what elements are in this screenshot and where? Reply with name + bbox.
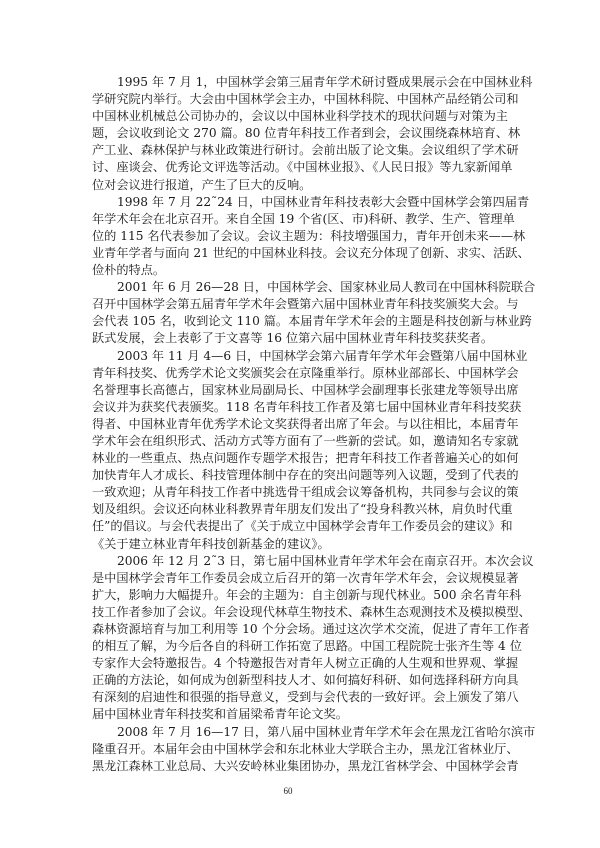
text-line: 业青年学者与面向 21 世纪的中国林业科技。会议充分体现了创新、求实、活跃、 [92,245,508,262]
text-line: 召开中国林学会第五届青年学术年会暨第六届中国林业青年科技奖颁奖大会。与 [92,296,508,313]
text-line: 是中国林学会青年工作委员会成立后召开的第一次青年学术年会，会议规模显著 [92,570,508,587]
text-line: 题，会议收到论文 270 篇。80 位青年科技工作者到会，会议围绕森林培育、林 [92,125,508,142]
text-line: 的相互了解，为今后各自的科研工作拓宽了思路。中国工程院院士张齐生等 4 位 [92,638,508,655]
text-line: 会议并为获奖代表颁奖。118 名青年科技工作者及第七届中国林业青年科技奖获 [92,399,508,416]
text-line: 名誉理事长高德占，国家林业局副局长、中国林学会副理事长张建龙等领导出席 [92,382,508,399]
text-line: 技工作者参加了会议。年会设现代林草生物技术、森林生态观测技术及模拟模型、 [92,604,508,621]
text-line: 中国林业机械总公司协办的，会议以中国林业科学技术的现状问题与对策为主 [92,108,508,125]
text-line: 产工业、森林保护与林业政策进行研讨。会前出版了论文集。会议组织了学术研 [92,142,508,159]
paragraph: 2001 年 6 月 26—28 日，中国林学会、国家林业局人教司在中国林科院联… [92,279,508,347]
text-line: 2001 年 6 月 26—28 日，中国林学会、国家林业局人教司在中国林科院联… [92,279,508,296]
text-line: 《关于建立林业青年科技创新基金的建议》。 [92,536,508,553]
text-line: 林业的一些重点、热点问题作专题学术报告；把青年科技工作者普遍关心的如何 [92,450,508,467]
text-line: 俭朴的特点。 [92,262,508,279]
text-line: 年学术年会在北京召开。来自全国 19 个省(区、市)科研、教学、生产、管理单 [92,211,508,228]
paragraph: 2003 年 11 月 4—6 日，中国林学会第六届青年学术年会暨第八届中国林业… [92,348,508,553]
text-line: 森林资源培育与加工利用等 10 个分会场。通过这次学术交流，促进了青年工作者 [92,621,508,638]
text-line: 届中国林业青年科技奖和首届梁希青年论文奖。 [92,706,508,723]
text-line: 划及组织。会议还向林业科教界青年朋友们发出了“投身科教兴林，肩负时代重 [92,501,508,518]
text-line: 2006 年 12 月 2˜3 日，第七届中国林业青年学术年会在南京召开。本次会… [92,553,508,570]
text-line: 得者、中国林业青年优秀学术论文奖获得者出席了年会。与以往相比，本届青年 [92,416,508,433]
document-page: 1995 年 7 月 1，中国林学会第三届青年学术研讨暨成果展示会在中国林业科学… [0,0,600,848]
text-line: 讨、座谈会、优秀论文评选等活动。《中国林业报》、《人民日报》等九家新闻单 [92,159,508,176]
text-line: 有深刻的启迪性和很强的指导意义，受到与会代表的一致好评。会上颁发了第八 [92,689,508,706]
text-line: 1995 年 7 月 1，中国林学会第三届青年学术研讨暨成果展示会在中国林业科 [92,74,508,91]
text-line: 青年科技奖、优秀学术论文奖颁奖会在京隆重举行。原林业部部长、中国林学会 [92,365,508,382]
text-line: 跃式发展，会上表彰了于文喜等 16 位第六届中国林业青年科技奖获奖者。 [92,330,508,347]
text-line: 位对会议进行报道，产生了巨大的反响。 [92,177,508,194]
text-line: 学研究院内举行。大会由中国林学会主办，中国林科院、中国林产品经销公司和 [92,91,508,108]
page-number: 60 [0,786,576,796]
paragraph: 2006 年 12 月 2˜3 日，第七届中国林业青年学术年会在南京召开。本次会… [92,553,508,724]
text-line: 2008 年 7 月 16—17 日，第八届中国林业青年学术年会在黑龙江省哈尔滨… [92,724,508,741]
paragraph: 1995 年 7 月 1，中国林学会第三届青年学术研讨暨成果展示会在中国林业科学… [92,74,508,194]
text-line: 会代表 105 名，收到论文 110 篇。本届青年学术年会的主题是科技创新与林业… [92,313,508,330]
text-line: 2003 年 11 月 4—6 日，中国林学会第六届青年学术年会暨第八届中国林业 [92,348,508,365]
text-line: 黑龙江森林工业总局、大兴安岭林业集团协办，黑龙江省林学会、中国林学会青 [92,758,508,775]
text-line: 位的 115 名代表参加了会议。会议主题为：科技增强国力，青年开创未来——林 [92,228,508,245]
paragraph: 1998 年 7 月 22˜24 日，中国林业青年科技表彰大会暨中国林学会第四届… [92,194,508,279]
text-line: 学术年会在组织形式、活动方式等方面有了一些新的尝试。如，邀请知名专家就 [92,433,508,450]
text-line: 扩大，影响力大幅提升。年会的主题为：自主创新与现代林业。500 余名青年科 [92,587,508,604]
text-line: 任”的倡议。与会代表提出了《关于成立中国林学会青年工作委员会的建议》和 [92,518,508,535]
paragraph: 2008 年 7 月 16—17 日，第八届中国林业青年学术年会在黑龙江省哈尔滨… [92,724,508,775]
text-line: 一致欢迎；从青年科技工作者中挑选骨干组成会议筹备机构，共同参与会议的策 [92,484,508,501]
body-text: 1995 年 7 月 1，中国林学会第三届青年学术研讨暨成果展示会在中国林业科学… [92,74,508,775]
text-line: 正确的方法论，如何成为创新型科技人才、如何搞好科研、如何选择科研方向具 [92,672,508,689]
text-line: 加快青年人才成长、科技管理体制中存在的突出问题等列入议题，受到了代表的 [92,467,508,484]
text-line: 1998 年 7 月 22˜24 日，中国林业青年科技表彰大会暨中国林学会第四届… [92,194,508,211]
text-line: 专家作大会特邀报告。4 个特邀报告对青年人树立正确的人生观和世界观、掌握 [92,655,508,672]
text-line: 隆重召开。本届年会由中国林学会和东北林业大学联合主办，黑龙江省林业厅、 [92,741,508,758]
